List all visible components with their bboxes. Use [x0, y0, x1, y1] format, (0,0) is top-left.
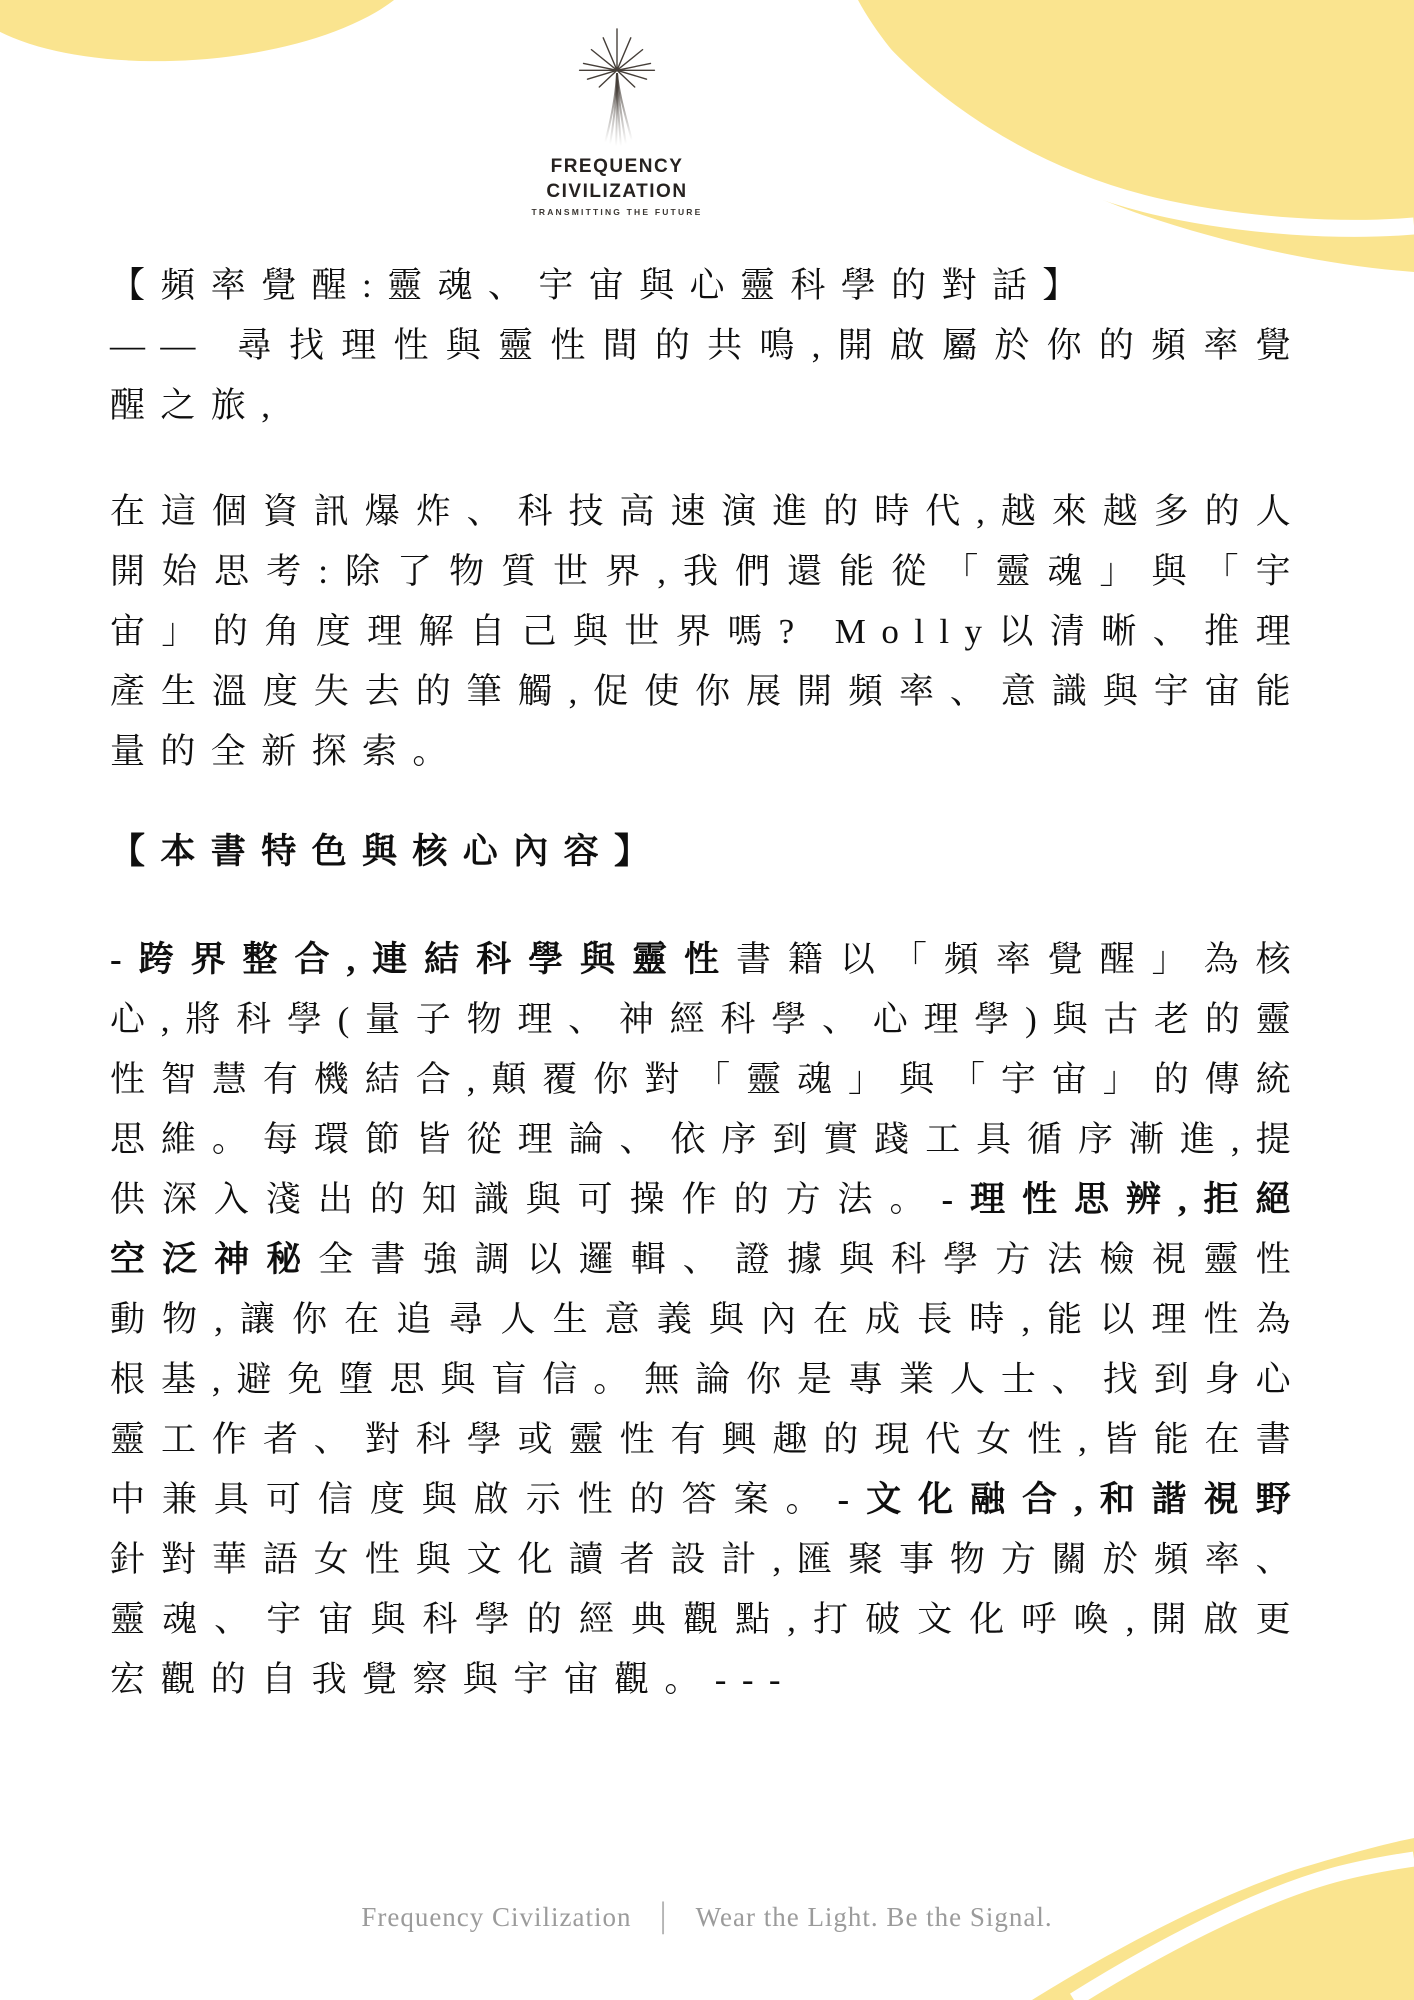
top-right-yellow-blob [844, 0, 1414, 300]
book-subtitle: —— 尋找理性與靈性間的共鳴,開啟屬於你的頻率覺醒之旅, [110, 316, 1306, 436]
intro-paragraph: 在這個資訊爆炸、科技高速演進的時代,越來越多的人開始思考:除了物質世界,我們還能… [110, 482, 1306, 782]
logo-tagline: TRANSMITTING THE FUTURE [467, 207, 767, 217]
features-paragraph: -跨界整合,連結科學與靈性書籍以「頻率覺醒」為核心,將科學(量子物理、神經科學、… [110, 930, 1306, 1710]
top-left-yellow-blob [0, 0, 431, 76]
page-footer: Frequency Civilization│Wear the Light. B… [0, 1902, 1414, 1933]
document-page: FREQUENCY CIVILIZATION TRANSMITTING THE … [0, 0, 1414, 2000]
document-body: 【頻率覺醒:靈魂、宇宙與心靈科學的對話】 —— 尋找理性與靈性間的共鳴,開啟屬於… [110, 256, 1306, 1710]
footer-brand: Frequency Civilization [361, 1902, 631, 1932]
top-right-white-stripe [846, 10, 1414, 228]
footer-separator: │ [654, 1902, 674, 1932]
starburst-beam-icon [557, 26, 677, 154]
brand-logo: FREQUENCY CIVILIZATION TRANSMITTING THE … [467, 26, 767, 217]
bottom-right-yellow-blob [1014, 1775, 1414, 2000]
logo-name-line1: FREQUENCY [467, 154, 767, 179]
logo-name-line2: CIVILIZATION [467, 179, 767, 204]
footer-tagline: Wear the Light. Be the Signal. [696, 1902, 1053, 1932]
book-title: 【頻率覺醒:靈魂、宇宙與心靈科學的對話】 [110, 256, 1306, 316]
section-heading: 【本書特色與核心內容】 [110, 822, 1306, 882]
